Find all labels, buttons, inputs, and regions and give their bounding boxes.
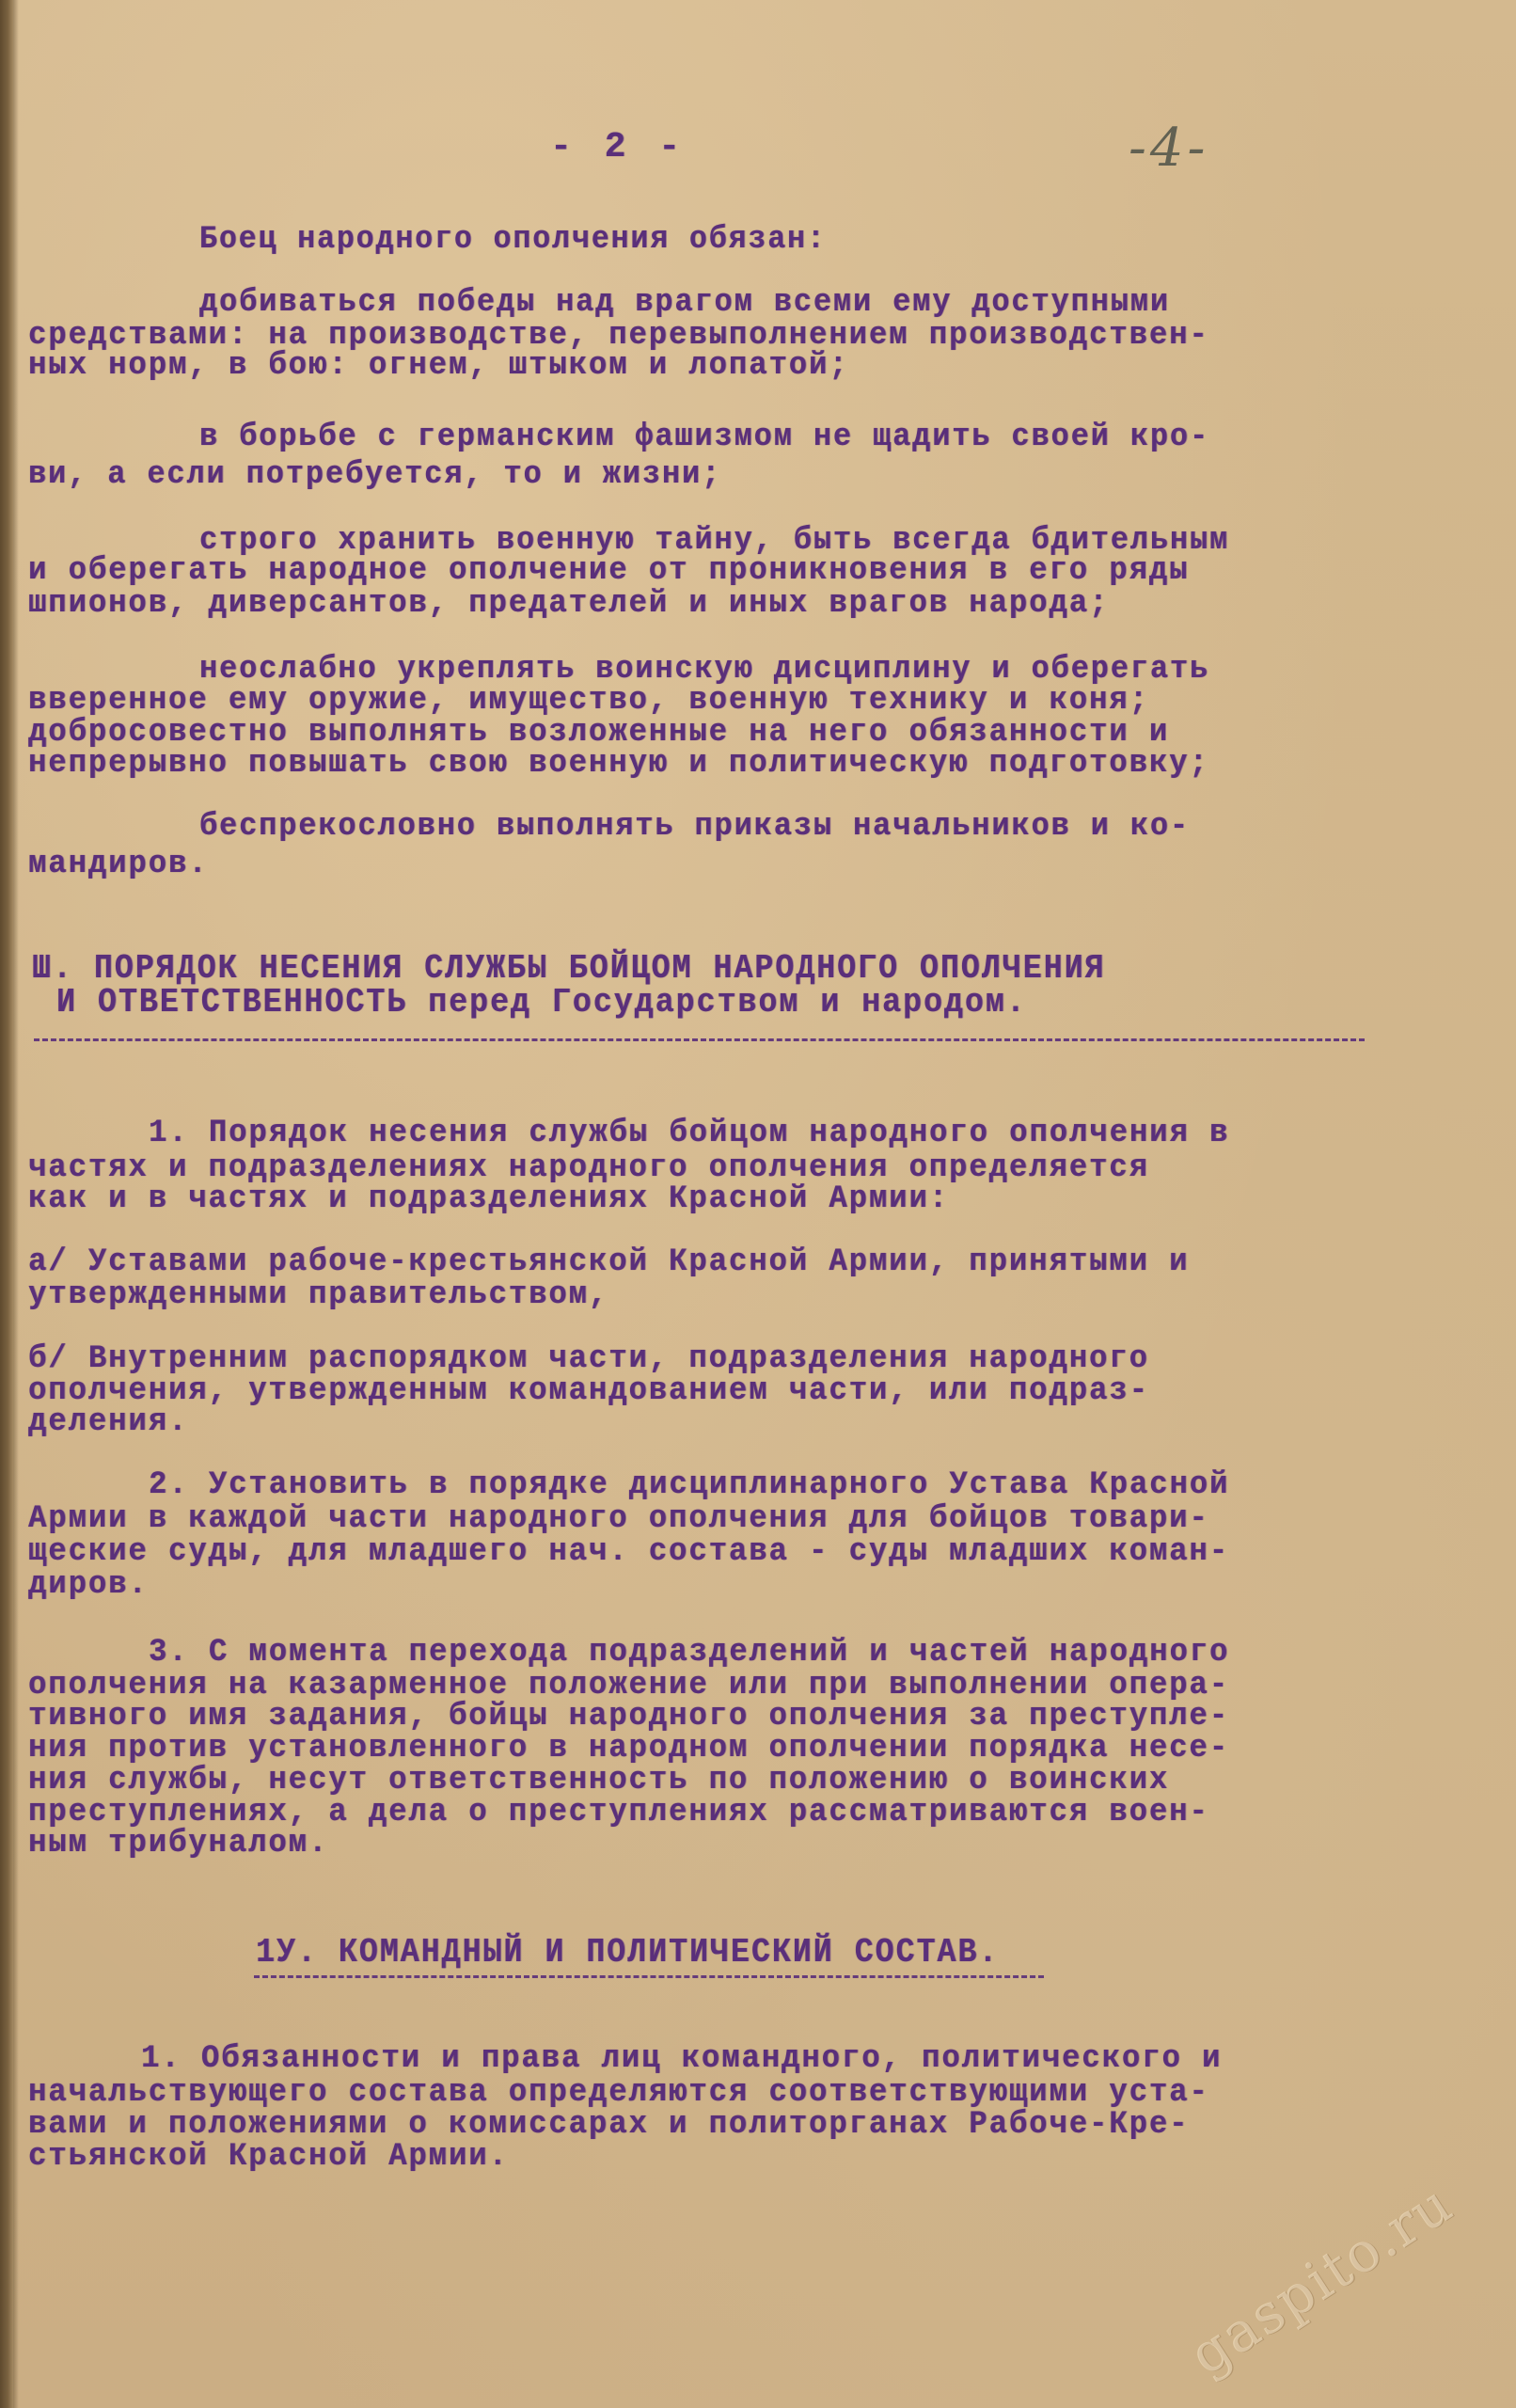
duty-line: строго хранить военную тайну, быть всегд… (199, 525, 1229, 557)
page-number: - 2 - (550, 127, 686, 167)
duty-line: добросовестно выполнять возложенные на н… (28, 717, 1169, 749)
section-4-item-line: вами и положениями о комиссарах и полито… (28, 2109, 1189, 2141)
section-3-item-line: а/ Уставами рабоче-крестьянской Красной … (28, 1246, 1189, 1278)
section-3-item-line: как и в частях и подразделениях Красной … (28, 1183, 949, 1215)
watermark: gaspito.ru (1178, 2171, 1464, 2387)
section-4-item-line: стьянской Красной Армии. (28, 2141, 509, 2173)
binding-shadow (13, 0, 19, 2408)
binding-edge (0, 0, 13, 2408)
duty-line: и оберегать народное ополчение от проник… (28, 555, 1189, 587)
duty-line: мандиров. (28, 848, 209, 880)
section-4-item-line: 1. Обязанности и права лиц командного, п… (141, 2043, 1222, 2075)
duty-line: шпионов, диверсантов, предателей и иных … (28, 588, 1109, 620)
section-3-item-line: ополчения, утвержденным командованием ча… (28, 1375, 1149, 1407)
section-3-item-line: ным трибуналом. (28, 1828, 328, 1860)
section-3-item-line: деления. (28, 1406, 188, 1438)
duty-line: ви, а если потребуется, то и жизни; (28, 459, 721, 491)
section-3-item-line: 2. Установить в порядке дисциплинарного … (149, 1469, 1229, 1501)
duty-line: вверенное ему оружие, имущество, военную… (28, 685, 1149, 717)
duty-line: средствами: на производстве, перевыполне… (28, 320, 1209, 352)
duty-line: неослабно укреплять воинскую дисциплину … (199, 654, 1209, 686)
section-3-underline (34, 1038, 1365, 1041)
duties-intro: Боец народного ополчения обязан: (199, 224, 827, 256)
section-3-item-line: ния службы, несут ответственность по пол… (28, 1765, 1169, 1797)
section-3-heading-line-1: Ш. ПОРЯДОК НЕСЕНИЯ СЛУЖБЫ БОЙЦОМ НАРОДНО… (32, 952, 1105, 986)
document-page: - 2 - -4- Боец народного ополчения обяза… (0, 0, 1516, 2408)
section-3-item-line: Армии в каждой части народного ополчения… (28, 1503, 1209, 1535)
section-4-underline (254, 1975, 1044, 1978)
section-3-item-line: диров. (28, 1569, 149, 1601)
duty-line: ных норм, в бою: огнем, штыком и лопатой… (28, 350, 849, 382)
section-3-item-line: преступлениях, а дела о преступлениях ра… (28, 1797, 1209, 1829)
section-3-item-line: утвержденными правительством, (28, 1279, 608, 1311)
section-3-heading-line-2: И ОТВЕТСТВЕННОСТЬ перед Государством и н… (56, 986, 1027, 1020)
duty-line: беспрекословно выполнять приказы начальн… (199, 811, 1190, 843)
duty-line: добиваться победы над врагом всеми ему д… (199, 287, 1170, 319)
section-4-heading: 1У. КОМАНДНЫЙ И ПОЛИТИЧЕСКИЙ СОСТАВ. (256, 1936, 999, 1970)
section-3-item-line: щеские суды, для младшего нач. состава -… (28, 1536, 1229, 1568)
section-3-item-line: ния против установленного в народном опо… (28, 1733, 1229, 1765)
duty-line: в борьбе с германским фашизмом не щадить… (199, 421, 1209, 453)
section-3-item-line: тивного имя задания, бойцы народного опо… (28, 1701, 1229, 1733)
section-4-item-line: начальствующего состава определяются соо… (28, 2077, 1209, 2109)
section-3-item-line: 3. С момента перехода подразделений и ча… (149, 1637, 1229, 1669)
section-3-item-line: частях и подразделениях народного ополче… (28, 1152, 1149, 1184)
duty-line: непрерывно повышать свою военную и полит… (28, 748, 1209, 780)
section-3-item-line: ополчения на казарменное положение или п… (28, 1670, 1229, 1702)
section-3-item-line: 1. Порядок несения службы бойцом народно… (149, 1117, 1229, 1149)
section-3-item-line: б/ Внутренним распорядком части, подразд… (28, 1343, 1149, 1375)
handwritten-sheet-number: -4- (1129, 118, 1208, 179)
